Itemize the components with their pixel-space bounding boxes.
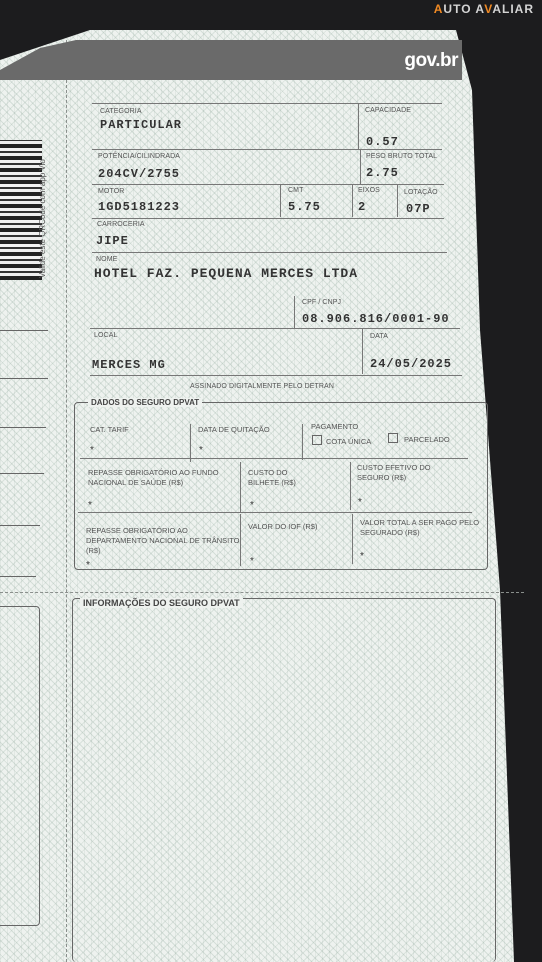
divider [240, 514, 241, 566]
divider [397, 185, 398, 217]
eixos-value: 2 [358, 200, 366, 214]
divider [90, 328, 460, 329]
cpf-cnpj-label: CPF / CNPJ [302, 299, 341, 306]
divider [80, 458, 468, 459]
nome-label: NOME [96, 256, 117, 263]
valor-iof-label: VALOR DO IOF (R$) [248, 522, 338, 532]
qr-code-icon[interactable] [0, 140, 42, 280]
custo-efetivo-label: CUSTO EFETIVO DO SEGURO (R$) [357, 463, 447, 483]
motor-value: 1GD5181223 [98, 200, 180, 214]
repasse-fns-value: * [88, 500, 92, 511]
capacidade-label: CAPACIDADE [365, 107, 411, 114]
repasse-denatran-value: * [86, 560, 90, 571]
lotacao-value: 07P [406, 202, 431, 216]
data-quitacao-value: * [199, 445, 203, 456]
divider [92, 184, 444, 185]
repasse-denatran-label: REPASSE OBRIGATÓRIO AO DEPARTAMENTO NACI… [86, 526, 246, 556]
side-line [0, 473, 44, 474]
peso-bruto-label: PESO BRUTO TOTAL [366, 153, 437, 160]
divider [92, 218, 444, 219]
side-panel-box [0, 606, 40, 926]
divider [360, 150, 361, 184]
valor-total-label: VALOR TOTAL A SER PAGO PELO SEGURADO (R$… [360, 518, 480, 538]
divider [90, 375, 462, 376]
side-line [0, 427, 46, 428]
divider [92, 103, 442, 104]
categoria-label: CATEGORIA [100, 108, 142, 115]
side-line [0, 378, 48, 379]
potencia-value: 204CV/2755 [98, 167, 180, 181]
custo-bilhete-value: * [250, 500, 254, 511]
divider [302, 424, 303, 460]
categoria-value: PARTICULAR [100, 118, 182, 132]
fold-line-horizontal [0, 592, 524, 593]
parcelado-checkbox[interactable] [388, 433, 398, 443]
side-line [0, 576, 36, 577]
divider [190, 424, 191, 462]
cmt-value: 5.75 [288, 200, 321, 214]
divider [92, 252, 447, 253]
auto-avaliar-watermark: AUTO AVALIAR [434, 2, 534, 16]
data-label: DATA [370, 333, 388, 340]
carroceria-label: CARROCERIA [97, 221, 145, 228]
divider [78, 512, 472, 513]
local-value: MERCES MG [92, 358, 166, 372]
eixos-label: EIXOS [358, 187, 380, 194]
valor-total-value: * [360, 551, 364, 562]
nome-value: HOTEL FAZ. PEQUENA MERCES LTDA [94, 266, 358, 281]
cpf-cnpj-value: 08.906.816/0001-90 [302, 312, 450, 326]
side-line [0, 525, 40, 526]
watermark-text-end: ALIAR [492, 2, 534, 16]
divider [280, 185, 281, 217]
local-label: LOCAL [94, 332, 117, 339]
valor-iof-value: * [250, 556, 254, 567]
repasse-fns-label: REPASSE OBRIGATÓRIO AO FUNDO NACIONAL DE… [88, 468, 238, 488]
divider [352, 514, 353, 564]
divider [352, 185, 353, 217]
dpvat-info-box [72, 598, 496, 962]
peso-bruto-value: 2.75 [366, 166, 399, 180]
cmt-label: CMT [288, 187, 303, 194]
cat-tarif-value: * [90, 445, 94, 456]
divider [358, 104, 359, 149]
divider [350, 462, 351, 510]
custo-efetivo-value: * [358, 497, 362, 508]
watermark-accent: A [434, 2, 444, 16]
side-line [0, 330, 48, 331]
divider [362, 328, 363, 374]
watermark-text: UTO A [443, 2, 484, 16]
capacidade-value: 0.57 [366, 135, 399, 149]
cota-unica-checkbox[interactable] [312, 435, 322, 445]
motor-label: MOTOR [98, 188, 124, 195]
divider [92, 149, 442, 150]
potencia-label: POTÊNCIA/CILINDRADA [98, 153, 180, 160]
lotacao-label: LOTAÇÃO [404, 189, 438, 196]
divider [294, 296, 295, 328]
signature-text: ASSINADO DIGITALMENTE PELO DETRAN [190, 383, 334, 390]
carroceria-value: JIPE [96, 234, 129, 248]
cota-unica-label: COTA ÚNICA [326, 437, 371, 447]
data-value: 24/05/2025 [370, 357, 452, 371]
parcelado-label: PARCELADO [404, 435, 450, 445]
header-band [0, 40, 462, 80]
pagamento-label: PAGAMENTO [311, 422, 358, 432]
cat-tarif-label: CAT. TARIF [90, 425, 129, 435]
fold-line-vertical [66, 40, 67, 962]
qr-caption: Valide este QRCode com app Vio [38, 159, 47, 278]
govbr-logo: gov.br [404, 50, 458, 72]
dpvat-info-title: INFORMAÇÕES DO SEGURO DPVAT [80, 598, 243, 608]
custo-bilhete-label: CUSTO DO BILHETE (R$) [248, 468, 308, 488]
dpvat-title: DADOS DO SEGURO DPVAT [88, 398, 202, 407]
divider [240, 462, 241, 512]
data-quitacao-label: DATA DE QUITAÇÃO [198, 425, 270, 435]
